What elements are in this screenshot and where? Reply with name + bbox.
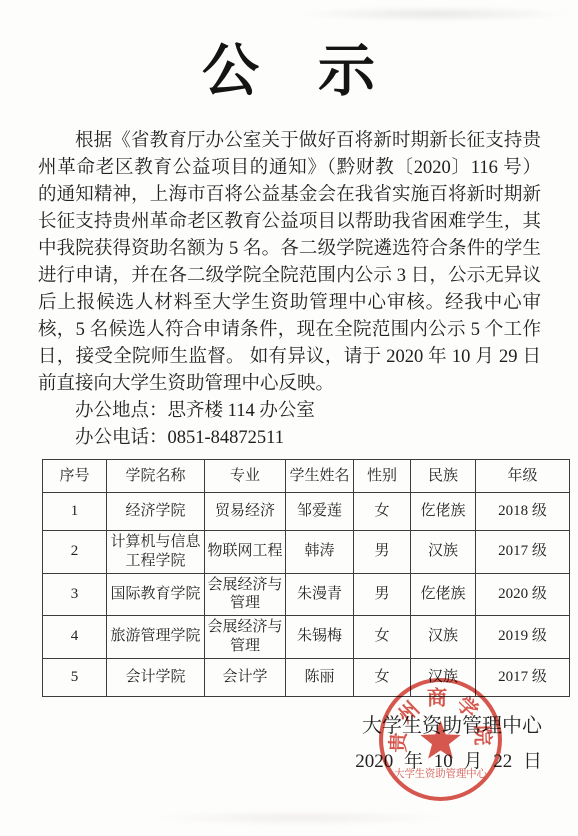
table-cell: 3: [43, 573, 107, 616]
column-header: 序号: [43, 460, 107, 493]
signature-org: 大学生资助管理中心: [355, 708, 542, 744]
table-cell: 2017 级: [476, 658, 570, 696]
column-header: 民族: [411, 460, 476, 493]
office-phone: 办公电话：0851-84872511: [38, 425, 541, 452]
signature-date: 2020 年 10 月 22 日: [355, 744, 542, 780]
column-header: 性别: [354, 460, 411, 493]
table-row: 2计算机与信息工程学院物联网工程韩涛男汉族2017 级: [43, 531, 570, 574]
signature-block: 大学生资助管理中心 2020 年 10 月 22 日: [355, 708, 542, 780]
table-cell: 男: [354, 573, 411, 616]
scan-artifact-top: [300, 6, 570, 22]
candidate-table: 序号学院名称专业学生姓名性别民族年级 1经济学院贸易经济邹爱莲女仡佬族2018 …: [42, 459, 570, 697]
table-cell: 旅游管理学院: [107, 616, 205, 659]
table-cell: 贸易经济: [205, 493, 286, 531]
page-title: 公 示: [0, 38, 578, 106]
table-cell: 朱漫青: [286, 573, 354, 616]
column-header: 年级: [476, 460, 570, 493]
table-row: 3国际教育学院会展经济与管理朱漫青男仡佬族2020 级: [43, 573, 570, 616]
table-cell: 2017 级: [476, 531, 570, 574]
table-cell: 男: [354, 531, 411, 574]
table-cell: 汉族: [411, 531, 476, 574]
table-cell: 会计学: [205, 658, 286, 696]
table-row: 1经济学院贸易经济邹爱莲女仡佬族2018 级: [43, 493, 570, 531]
table-cell: 2018 级: [476, 493, 570, 531]
table-cell: 汉族: [411, 616, 476, 659]
table-cell: 会展经济与管理: [205, 616, 286, 659]
table-cell: 会展经济与管理: [205, 573, 286, 616]
table-cell: 2020 级: [476, 573, 570, 616]
table-cell: 仡佬族: [411, 573, 476, 616]
table-cell: 4: [43, 616, 107, 659]
table-cell: 2: [43, 531, 107, 574]
scan-artifact-bottom: [150, 810, 450, 826]
table-cell: 会计学院: [107, 658, 205, 696]
table-header: 序号学院名称专业学生姓名性别民族年级: [43, 460, 570, 493]
office-location: 办公地点：思齐楼 114 办公室: [38, 398, 541, 425]
table-cell: 5: [43, 658, 107, 696]
table-cell: 计算机与信息工程学院: [107, 531, 205, 574]
table-cell: 仡佬族: [411, 493, 476, 531]
table-cell: 女: [354, 658, 411, 696]
table-cell: 韩涛: [286, 531, 354, 574]
table-header-row: 序号学院名称专业学生姓名性别民族年级: [43, 460, 570, 493]
table-cell: 汉族: [411, 658, 476, 696]
column-header: 学院名称: [107, 460, 205, 493]
notice-paragraph: 根据《省教育厅办公室关于做好百将新时期新长征支持贵州革命老区教育公益项目的通知》…: [38, 128, 541, 398]
table-cell: 女: [354, 493, 411, 531]
table-cell: 物联网工程: [205, 531, 286, 574]
notice-page: 公 示 根据《省教育厅办公室关于做好百将新时期新长征支持贵州革命老区教育公益项目…: [0, 0, 578, 836]
table-cell: 朱锡梅: [286, 616, 354, 659]
column-header: 学生姓名: [286, 460, 354, 493]
notice-body: 根据《省教育厅办公室关于做好百将新时期新长征支持贵州革命老区教育公益项目的通知》…: [38, 128, 541, 452]
table-body: 1经济学院贸易经济邹爱莲女仡佬族2018 级2计算机与信息工程学院物联网工程韩涛…: [43, 493, 570, 697]
table-cell: 1: [43, 493, 107, 531]
table-row: 5会计学院会计学陈丽女汉族2017 级: [43, 658, 570, 696]
table-row: 4旅游管理学院会展经济与管理朱锡梅女汉族2019 级: [43, 616, 570, 659]
column-header: 专业: [205, 460, 286, 493]
table-cell: 2019 级: [476, 616, 570, 659]
table-cell: 女: [354, 616, 411, 659]
table-cell: 国际教育学院: [107, 573, 205, 616]
table-cell: 经济学院: [107, 493, 205, 531]
table-cell: 陈丽: [286, 658, 354, 696]
table-cell: 邹爱莲: [286, 493, 354, 531]
